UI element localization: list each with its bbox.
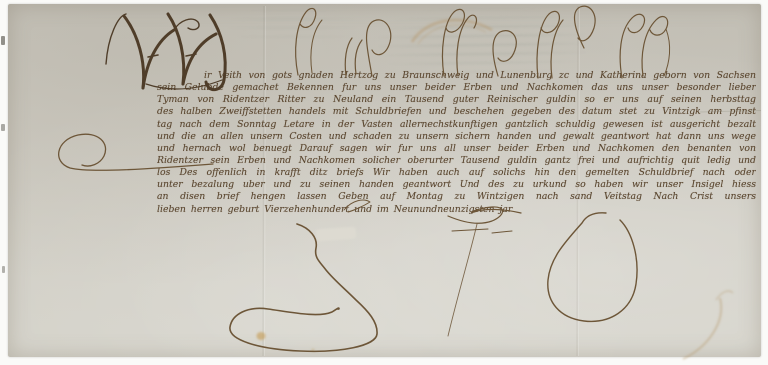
scan-edge-speck — [2, 266, 5, 273]
notary-cross-stroke — [448, 224, 512, 336]
scan-edge-speck — [1, 36, 5, 45]
calligraphic-flourish-overlay: W — [0, 0, 768, 365]
grand-s-flourish — [230, 224, 377, 351]
line-end-swash — [344, 200, 521, 223]
paraph-loop-flourish — [59, 134, 213, 170]
scan-photo-background: ir Veith von gots gnaden Hertzog zu Brau… — [0, 0, 768, 365]
ornamental-initial-w-icon: W — [106, 14, 225, 90]
descender-loop-flourish — [548, 213, 637, 322]
scan-edge-speck — [1, 124, 5, 131]
ascender-flourishes — [296, 6, 670, 78]
